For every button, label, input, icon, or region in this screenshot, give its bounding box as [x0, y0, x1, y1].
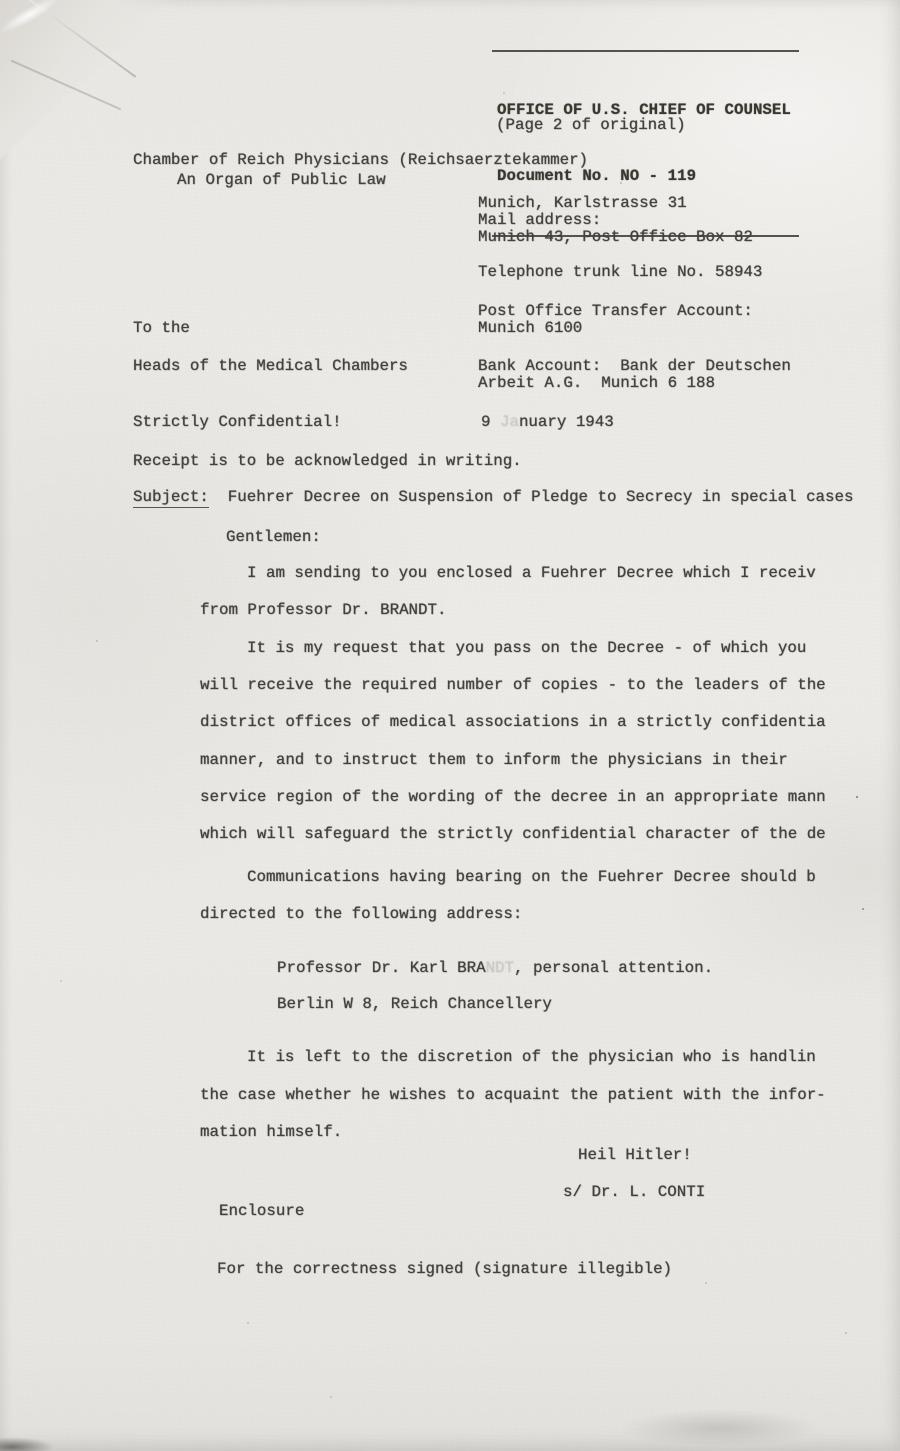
sender-subtitle: An Organ of Public Law — [177, 171, 386, 189]
address-line: Munich, Karlstrasse 31 — [478, 194, 687, 212]
body-line: Communications having bearing on the Fue… — [247, 868, 816, 886]
confidential-note: Strictly Confidential! — [133, 413, 342, 431]
body-line: the case whether he wishes to acquaint t… — [200, 1086, 826, 1104]
inner-address-line: Berlin W 8, Reich Chancellery — [277, 995, 552, 1013]
sender-name: Chamber of Reich Physicians (Reichsaerzt… — [133, 151, 588, 169]
body-line: will receive the required number of copi… — [200, 676, 826, 694]
body-line: directed to the following address: — [200, 905, 522, 923]
salutation: Gentlemen: — [226, 528, 321, 546]
closing-salute: Heil Hitler! — [578, 1146, 692, 1164]
inner-address-part-faded: NDT — [486, 959, 514, 977]
bank-account-line: Bank Account: Bank der Deutschen — [478, 357, 791, 375]
subject-line: Subject: Fuehrer Decree on Suspension of… — [133, 488, 853, 506]
address-line: Munich 43, Post Office Box 82 — [478, 228, 753, 246]
recipient-line: Heads of the Medical Chambers — [133, 357, 408, 375]
certification-line: For the correctness signed (signature il… — [217, 1260, 672, 1278]
date-line: 9 January 1943 — [481, 413, 614, 431]
inner-address-part: Professor Dr. Karl BRA — [277, 959, 486, 977]
inner-address-line: Professor Dr. Karl BRANDT, personal atte… — [277, 959, 713, 977]
subject-label: Subject: — [133, 488, 209, 508]
telephone-line: Telephone trunk line No. 58943 — [478, 263, 762, 281]
body-line: It is left to the discretion of the phys… — [247, 1048, 816, 1066]
recipient-line: To the — [133, 319, 190, 337]
body-line: service region of the wording of the dec… — [200, 788, 826, 806]
body-line: from Professor Dr. BRANDT. — [200, 601, 446, 619]
transfer-account-line: Munich 6100 — [478, 319, 582, 337]
enclosure-note: Enclosure — [219, 1202, 304, 1220]
body-line: which will safeguard the strictly confid… — [200, 825, 826, 843]
body-line: district offices of medical associations… — [200, 713, 826, 731]
receipt-note: Receipt is to be acknowledged in writing… — [133, 452, 522, 470]
date-part: nuary 1943 — [519, 413, 614, 431]
body-line: I am sending to you enclosed a Fuehrer D… — [247, 564, 816, 582]
paper-specks — [0, 0, 2, 2]
inner-address-part: , personal attention. — [514, 959, 713, 977]
body-line: manner, and to instruct them to inform t… — [200, 751, 788, 769]
subject-text: Fuehrer Decree on Suspension of Pledge t… — [209, 488, 854, 506]
signature-line: s/ Dr. L. CONTI — [563, 1183, 705, 1201]
date-part: 9 — [481, 413, 500, 431]
document-page: OFFICE OF U.S. CHIEF OF COUNSEL Document… — [0, 0, 900, 1451]
body-line: mation himself. — [200, 1123, 342, 1141]
page-note: (Page 2 of original) — [496, 116, 686, 134]
address-line: Mail address: — [478, 211, 601, 229]
date-part-faded: Ja — [500, 413, 519, 431]
transfer-account-line: Post Office Transfer Account: — [478, 302, 753, 320]
bank-account-line: Arbeit A.G. Munich 6 188 — [478, 374, 715, 392]
body-line: It is my request that you pass on the De… — [247, 639, 806, 657]
